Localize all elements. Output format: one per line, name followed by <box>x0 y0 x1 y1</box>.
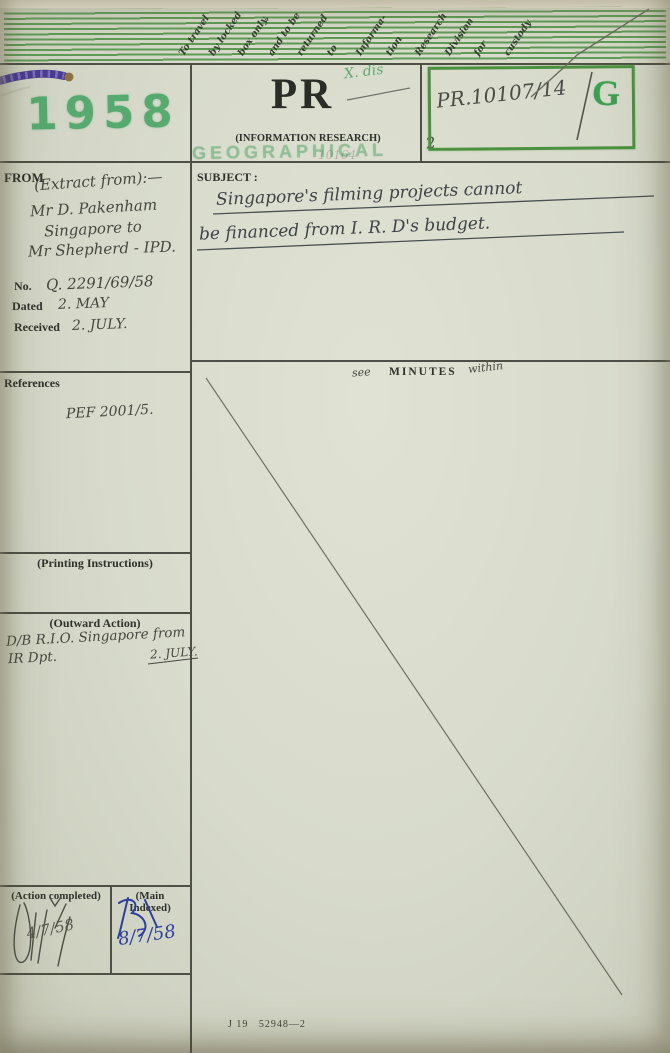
references-label: References <box>4 376 60 391</box>
treasury-tag-cord <box>0 74 64 82</box>
received-value: 2. JULY. <box>72 316 128 334</box>
minutes-handwritten-before: see <box>352 365 372 379</box>
document-scan: 1958 PR (INFORMATION RESEARCH) GEOGRAPHI… <box>0 0 670 1053</box>
series-name: (INFORMATION RESEARCH) <box>193 133 423 144</box>
subject-line: be financed from I. R. D's budget. <box>199 213 491 244</box>
green-pencil-note: X. dis <box>343 62 384 83</box>
printer-imprint: J 19 52948—2 <box>228 1019 306 1030</box>
security-letter: G <box>592 72 620 114</box>
minutes-diagonal-line <box>206 378 622 995</box>
action-completed-date-note: 4/7/58 <box>25 915 76 943</box>
main-indexed-date-note: 8/7/58 <box>117 921 177 950</box>
rule-boxes-bottom <box>0 973 190 975</box>
rule-references-top <box>0 371 190 373</box>
outward-action-line: IR Dpt. <box>8 649 58 668</box>
subject-line: Singapore's filming projects cannot <box>216 178 523 210</box>
dated-value: 2. MAY <box>58 295 109 313</box>
from-line: Singapore to <box>44 217 143 240</box>
dated-label: Dated <box>12 299 43 314</box>
action-completed-label: (Action completed) <box>8 890 104 902</box>
cord-tip <box>65 73 74 82</box>
minutes-label: MINUTES <box>389 366 457 378</box>
from-line: (Extract from):— <box>34 168 163 195</box>
rule-outward-top <box>0 612 190 614</box>
no-value: Q. 2291/69/58 <box>46 272 154 294</box>
rule-boxes-divider <box>110 885 112 973</box>
printing-instructions-label: (Printing Instructions) <box>0 556 190 571</box>
no-label: No. <box>14 279 32 294</box>
references-value: PEF 2001/5. <box>66 402 154 423</box>
rule-boxes-top <box>0 885 190 887</box>
rule-header-top <box>0 63 670 65</box>
year-date-stamp: 1958 <box>23 84 182 140</box>
subject-label: SUBJECT : <box>197 170 258 185</box>
minutes-handwritten-after: within <box>467 359 503 376</box>
received-label: Received <box>14 320 60 335</box>
faded-number: 10164 <box>318 148 356 162</box>
rule-printing-top <box>0 552 190 554</box>
cord-twist-texture <box>0 74 64 82</box>
rule-main-divider <box>190 63 192 1053</box>
from-line: Mr Shepherd - IPD. <box>28 237 176 260</box>
main-indexed-label: (Main Indexed) <box>114 890 186 914</box>
rule-minutes-top <box>190 360 670 362</box>
